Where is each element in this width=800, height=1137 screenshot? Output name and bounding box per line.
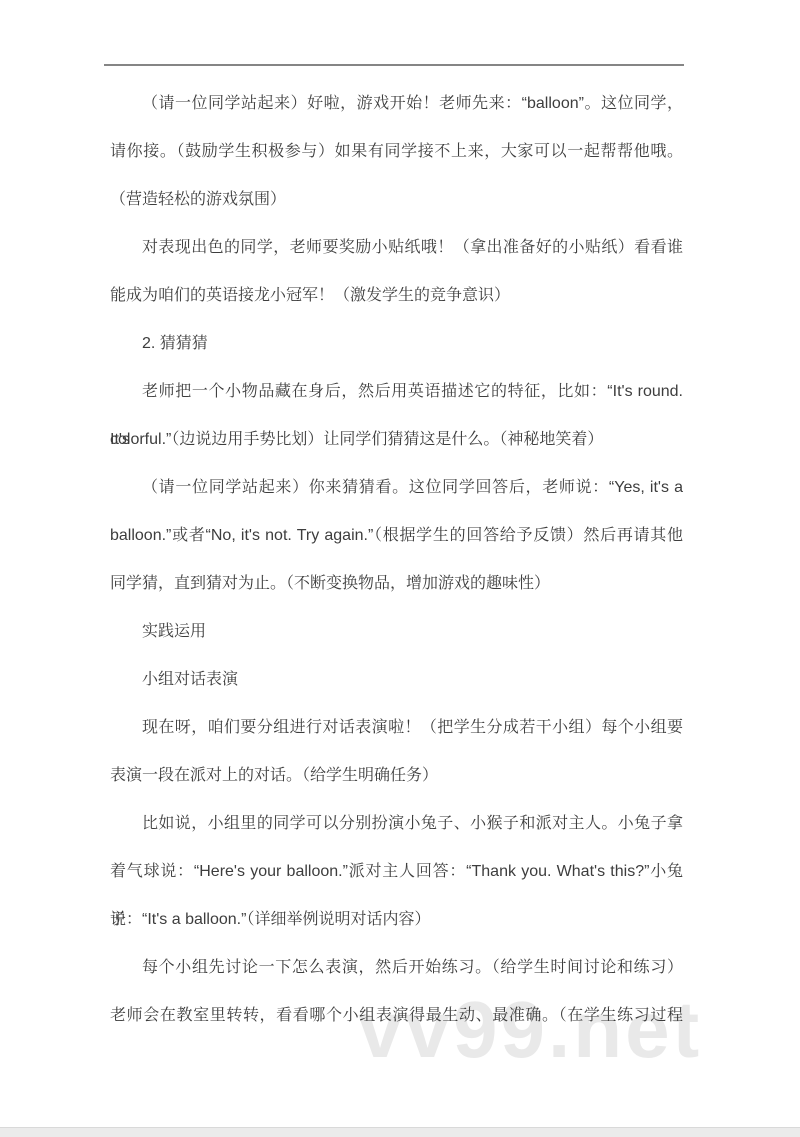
document-content: （请一位同学站起来）好啦，游戏开始！老师先来：“balloon”。这位同学， 请… [110,80,683,1040]
text-line: （请一位同学站起来）好啦，游戏开始！老师先来：“balloon”。这位同学， [110,80,683,128]
document-page: vv99.net （请一位同学站起来）好啦，游戏开始！老师先来：“balloon… [0,0,800,1137]
paragraph: 比如说，小组里的同学可以分别扮演小兔子、小猴子和派对主人。小兔子拿 着气球说：“… [110,800,683,944]
text-line: 请你接。（鼓励学生积极参与）如果有同学接不上来，大家可以一起帮帮他哦。 [110,128,683,176]
heading-line: 实践运用 [110,608,683,656]
text-line: 能成为咱们的英语接龙小冠军！（激发学生的竞争意识） [110,272,683,320]
text-line: 着气球说：“Here's your balloon.”派对主人回答：“Thank… [110,848,683,896]
text-line: （请一位同学站起来）你来猜猜看。这位同学回答后，老师说：“Yes, it's a [110,464,683,512]
heading-line: 小组对话表演 [110,656,683,704]
page-bottom-edge [0,1127,800,1137]
text-line: 同学猜，直到猜对为止。（不断变换物品，增加游戏的趣味性） [110,560,683,608]
heading-line: 2. 猜猜猜 [110,320,683,368]
text-line: 老师把一个小物品藏在身后，然后用英语描述它的特征，比如：“It's round.… [110,368,683,416]
text-line: 老师会在教室里转转，看看哪个小组表演得最生动、最准确。（在学生练习过程 [110,992,683,1040]
text-line: 对表现出色的同学，老师要奖励小贴纸哦！（拿出准备好的小贴纸）看看谁 [110,224,683,272]
paragraph: 现在呀，咱们要分组进行对话表演啦！（把学生分成若干小组）每个小组要 表演一段在派… [110,704,683,800]
section-heading: 2. 猜猜猜 [110,320,683,368]
paragraph: 每个小组先讨论一下怎么表演，然后开始练习。（给学生时间讨论和练习） 老师会在教室… [110,944,683,1040]
text-line: 表演一段在派对上的对话。（给学生明确任务） [110,752,683,800]
text-line: 每个小组先讨论一下怎么表演，然后开始练习。（给学生时间讨论和练习） [110,944,683,992]
text-line: （营造轻松的游戏氛围） [110,176,683,224]
paragraph: （请一位同学站起来）好啦，游戏开始！老师先来：“balloon”。这位同学， 请… [110,80,683,224]
section-heading: 小组对话表演 [110,656,683,704]
paragraph: 对表现出色的同学，老师要奖励小贴纸哦！（拿出准备好的小贴纸）看看谁 能成为咱们的… [110,224,683,320]
text-line: 比如说，小组里的同学可以分别扮演小兔子、小猴子和派对主人。小兔子拿 [110,800,683,848]
text-line: 现在呀，咱们要分组进行对话表演啦！（把学生分成若干小组）每个小组要 [110,704,683,752]
section-heading: 实践运用 [110,608,683,656]
text-line: colorful.”（边说边用手势比划）让同学们猜猜这是什么。（神秘地笑着） [110,416,683,464]
paragraph: （请一位同学站起来）你来猜猜看。这位同学回答后，老师说：“Yes, it's a… [110,464,683,608]
header-rule [104,64,684,66]
text-line: balloon.”或者“No, it's not. Try again.”（根据… [110,512,683,560]
text-line: 说：“It's a balloon.”（详细举例说明对话内容） [110,896,683,944]
paragraph: 老师把一个小物品藏在身后，然后用英语描述它的特征，比如：“It's round.… [110,368,683,464]
